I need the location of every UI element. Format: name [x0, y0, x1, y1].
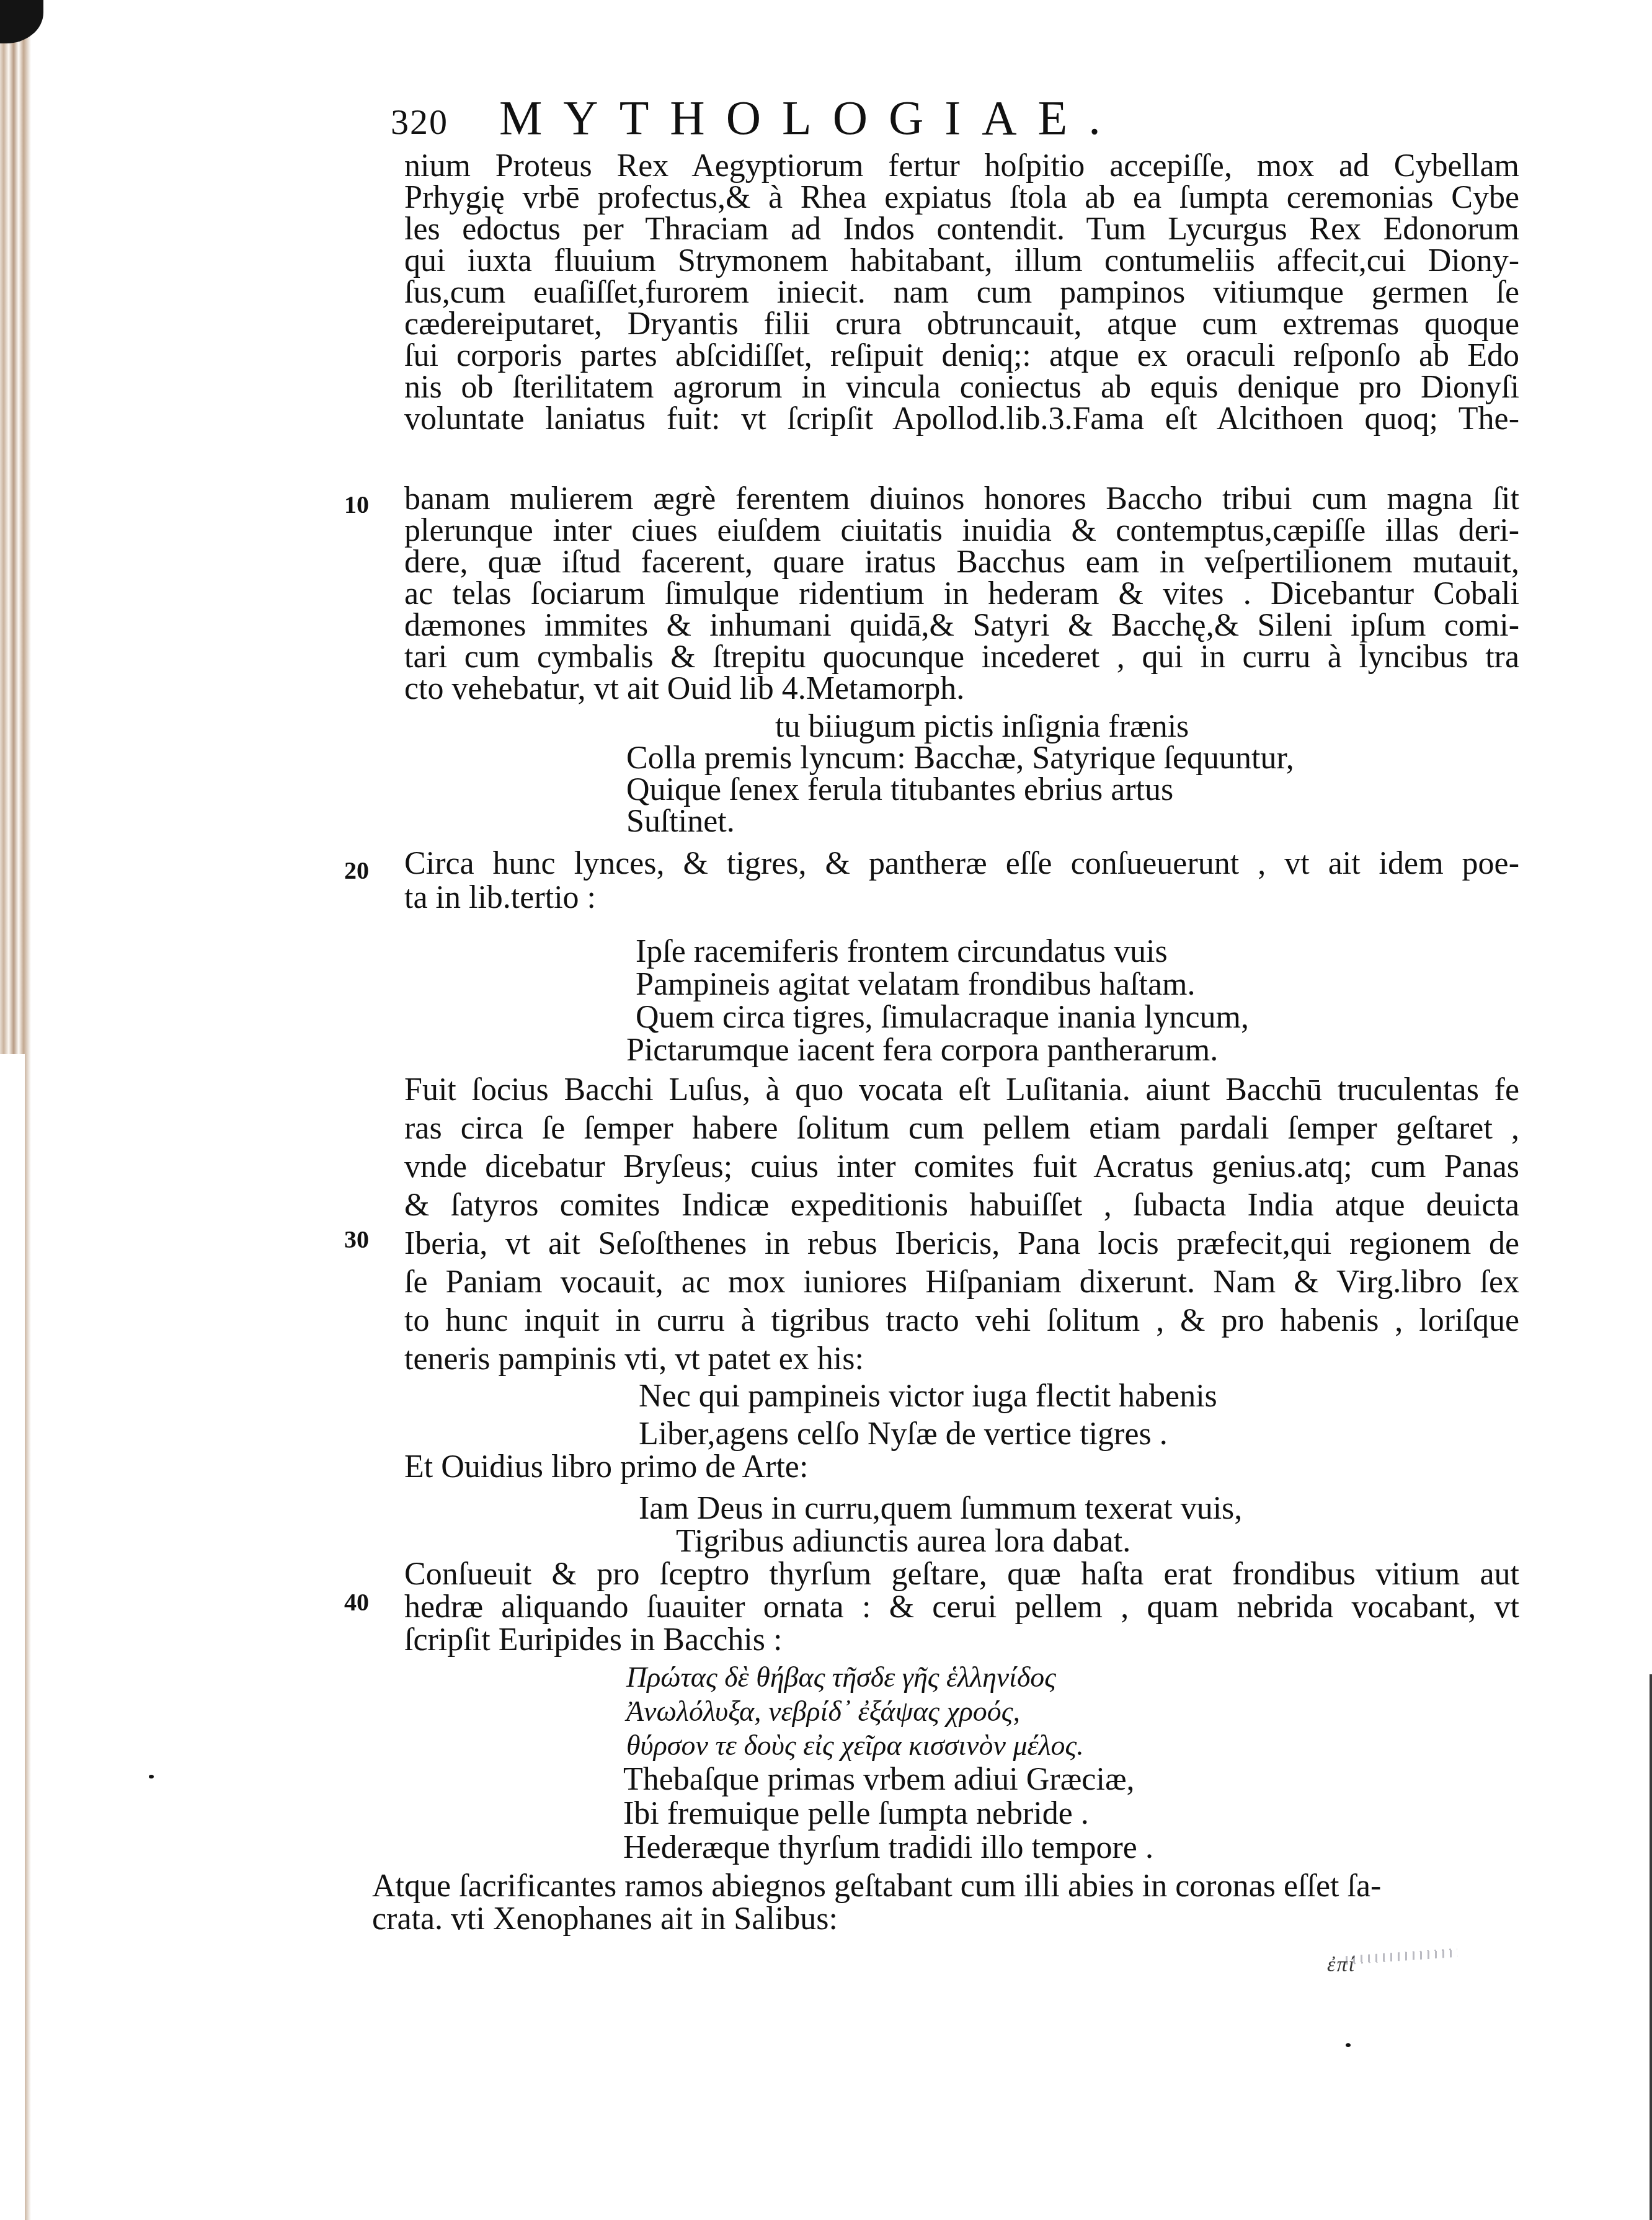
prose-line: ſe Paniam vocauit, ac mox iuniores Hiſpa…	[404, 1264, 1519, 1301]
prose-line: ta in lib.tertio :	[404, 879, 1519, 917]
prose-line: vnde dicebatur Bryſeus; cuius inter comi…	[404, 1148, 1519, 1186]
verse-line: Liber,agens celſo Nyſæ de vertice tigres…	[639, 1416, 1168, 1453]
verse-line: Ibi fremuique pelle ſumpta nebride .	[623, 1795, 1089, 1832]
page-edge-fade	[0, 1054, 25, 2220]
right-page-edge	[1650, 1674, 1652, 2220]
verse-line: Iam Deus in curru,quem ſummum texerat vu…	[639, 1490, 1242, 1527]
verse-line: Pictarumque iacent fera corpora panthera…	[626, 1032, 1218, 1069]
verse-line: Quem circa tigres, ſimulacraque inania l…	[636, 999, 1249, 1036]
ink-speck	[149, 1775, 154, 1778]
prose-line: to hunc inquit in curru à tigribus tract…	[404, 1302, 1519, 1339]
verse-line: Tigribus adiunctis aurea lora dabat.	[676, 1523, 1130, 1560]
prose-line: ras circa ſe ſemper habere ſolitum cum p…	[404, 1110, 1519, 1147]
greek-verse-line: θύρσον τε δοὺς εἰς χεῖρα κισσινὸν μέλος.	[626, 1727, 1084, 1764]
ink-smudge	[1346, 1948, 1458, 1965]
margin-line-number: 10	[344, 490, 369, 519]
prose-line: Iberia, vt ait Seſoſthenes in rebus Iber…	[404, 1225, 1519, 1263]
prose-line: Atque ſacrificantes ramos abiegnos geſta…	[372, 1868, 1519, 1905]
prose-line: hedræ aliquando ſuauiter ornata : & ceru…	[404, 1589, 1519, 1626]
prose-line: ſcripſit Euripides in Bacchis :	[404, 1622, 1519, 1659]
margin-line-number: 20	[344, 856, 369, 885]
verse-line: Nec qui pampineis victor iuga flectit ha…	[639, 1378, 1217, 1415]
prose-line: Conſueuit & pro ſceptro thyrſum geſtare,…	[404, 1556, 1519, 1593]
prose-line: teneris pampinis vti, vt patet ex his:	[404, 1341, 1519, 1378]
greek-verse-line: Πρώτας δὲ θήβας τῆσδε γῆς ἑλληνίδος	[626, 1659, 1056, 1696]
verse-line: Hederæque thyrſum tradidi illo tempore .	[623, 1829, 1153, 1867]
verse-line: Pampineis agitat velatam frondibus haſta…	[636, 966, 1196, 1003]
prose-line: Circa hunc lynces, & tigres, & pantheræ …	[404, 845, 1519, 882]
verse-line: Thebaſque primas vrbem adiui Græciæ,	[623, 1761, 1135, 1798]
page-number: 320	[391, 101, 448, 143]
prose-line: crata. vti Xenophanes ait in Salibus:	[372, 1901, 838, 1938]
running-title: MYTHOLOGIAE.	[499, 90, 1122, 146]
margin-line-number: 40	[344, 1587, 369, 1617]
prose-line: Fuit ſocius Bacchi Luſus, à quo vocata e…	[404, 1072, 1519, 1109]
greek-verse-line: Ἀνωλόλυξα, νεβρίδ᾽ ἐξάψας χροός,	[626, 1693, 1020, 1730]
verse-line: Suſtinet.	[626, 803, 735, 840]
catchword: ἐπί	[1327, 1953, 1356, 1977]
prose-line: cto vehebatur, vt ait Ouid lib 4.Metamor…	[404, 670, 1519, 708]
ink-speck	[1346, 2043, 1351, 2047]
prose-line: Et Ouidius libro primo de Arte:	[404, 1449, 1519, 1486]
verse-line: Ipſe racemiferis frontem circundatus vui…	[636, 933, 1168, 970]
margin-line-number: 30	[344, 1225, 369, 1254]
prose-line: voluntate laniatus fuit: vt ſcripſit Apo…	[404, 401, 1519, 438]
page-header: 320 MYTHOLOGIAE.	[391, 90, 1321, 146]
prose-line: & ſatyros comites Indicæ expeditionis ha…	[404, 1187, 1519, 1224]
